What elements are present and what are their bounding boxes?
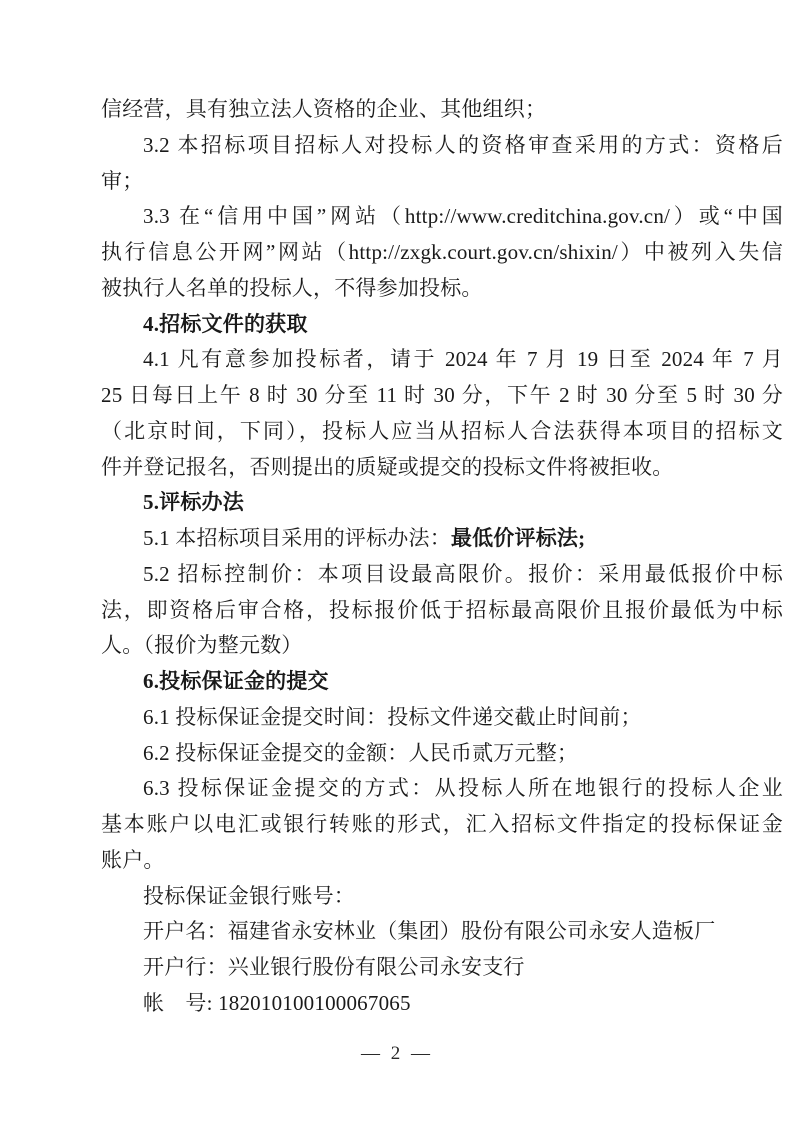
para-5-2-line2: 法，即资格后审合格，投标报价低于招标最高限价且报价最低为中标 (101, 593, 783, 629)
document-body: 信经营，具有独立法人资格的企业、其他组织；3.2 本招标项目招标人对投标人的资格… (101, 92, 783, 1022)
para-3-3-line1: 3.3 在“信用中国”网站（http://www.creditchina.gov… (101, 199, 783, 235)
document-page: 信经营，具有独立法人资格的企业、其他组织；3.2 本招标项目招标人对投标人的资格… (0, 0, 794, 1123)
bank-account-number-line: 帐 号: 182010100100067065 (101, 986, 783, 1022)
para-3-2-line1: 3.2 本招标项目招标人对投标人的资格审查采用的方式：资格后 (101, 128, 783, 164)
para-6-3-line1: 6.3 投标保证金提交的方式：从投标人所在地银行的投标人企业 (101, 771, 783, 807)
para-4-1-line3: （北京时间，下同），投标人应当从招标人合法获得本项目的招标文 (101, 414, 783, 450)
bank-account-intro-line: 投标保证金银行账号： (101, 879, 783, 915)
para-6-1-line1: 6.1 投标保证金提交时间：投标文件递交截止时间前； (101, 700, 783, 736)
para-3-3-line2: 执行信息公开网”网站（http://zxgk.court.gov.cn/shix… (101, 235, 783, 271)
para-6-3-line3: 账户。 (101, 843, 783, 879)
para-3-1-cont-line: 信经营，具有独立法人资格的企业、其他组织； (101, 92, 783, 128)
section-heading-6: 6.投标保证金的提交 (101, 664, 783, 700)
section-heading-5: 5.评标办法 (101, 485, 783, 521)
bank-account-name-line: 开户名：福建省永安林业（集团）股份有限公司永安人造板厂 (101, 914, 783, 950)
para-5-1-line1: 5.1 本招标项目采用的评标办法：最低价评标法; (101, 521, 783, 557)
para-6-2-line1: 6.2 投标保证金提交的金额：人民币贰万元整； (101, 736, 783, 772)
para-3-3-line3: 被执行人名单的投标人，不得参加投标。 (101, 271, 783, 307)
para-5-2-line1: 5.2 招标控制价：本项目设最高限价。报价：采用最低报价中标 (101, 557, 783, 593)
page-number: — 2 — (361, 1043, 433, 1064)
section-heading-4: 4.招标文件的获取 (101, 307, 783, 343)
bank-branch-line: 开户行：兴业银行股份有限公司永安支行 (101, 950, 783, 986)
para-5-2-line3: 人。（报价为整元数） (101, 628, 783, 664)
para-4-1-line2: 25 日每日上午 8 时 30 分至 11 时 30 分，下午 2 时 30 分… (101, 378, 783, 414)
page-footer: — 2 — (0, 1036, 794, 1072)
para-4-1-line4: 件并登记报名，否则提出的质疑或提交的投标文件将被拒收。 (101, 450, 783, 486)
para-6-3-line2: 基本账户以电汇或银行转账的形式，汇入招标文件指定的投标保证金 (101, 807, 783, 843)
para-3-2-line2: 审； (101, 164, 783, 200)
para-4-1-line1: 4.1 凡有意参加投标者，请于 2024 年 7 月 19 日至 2024 年 … (101, 342, 783, 378)
